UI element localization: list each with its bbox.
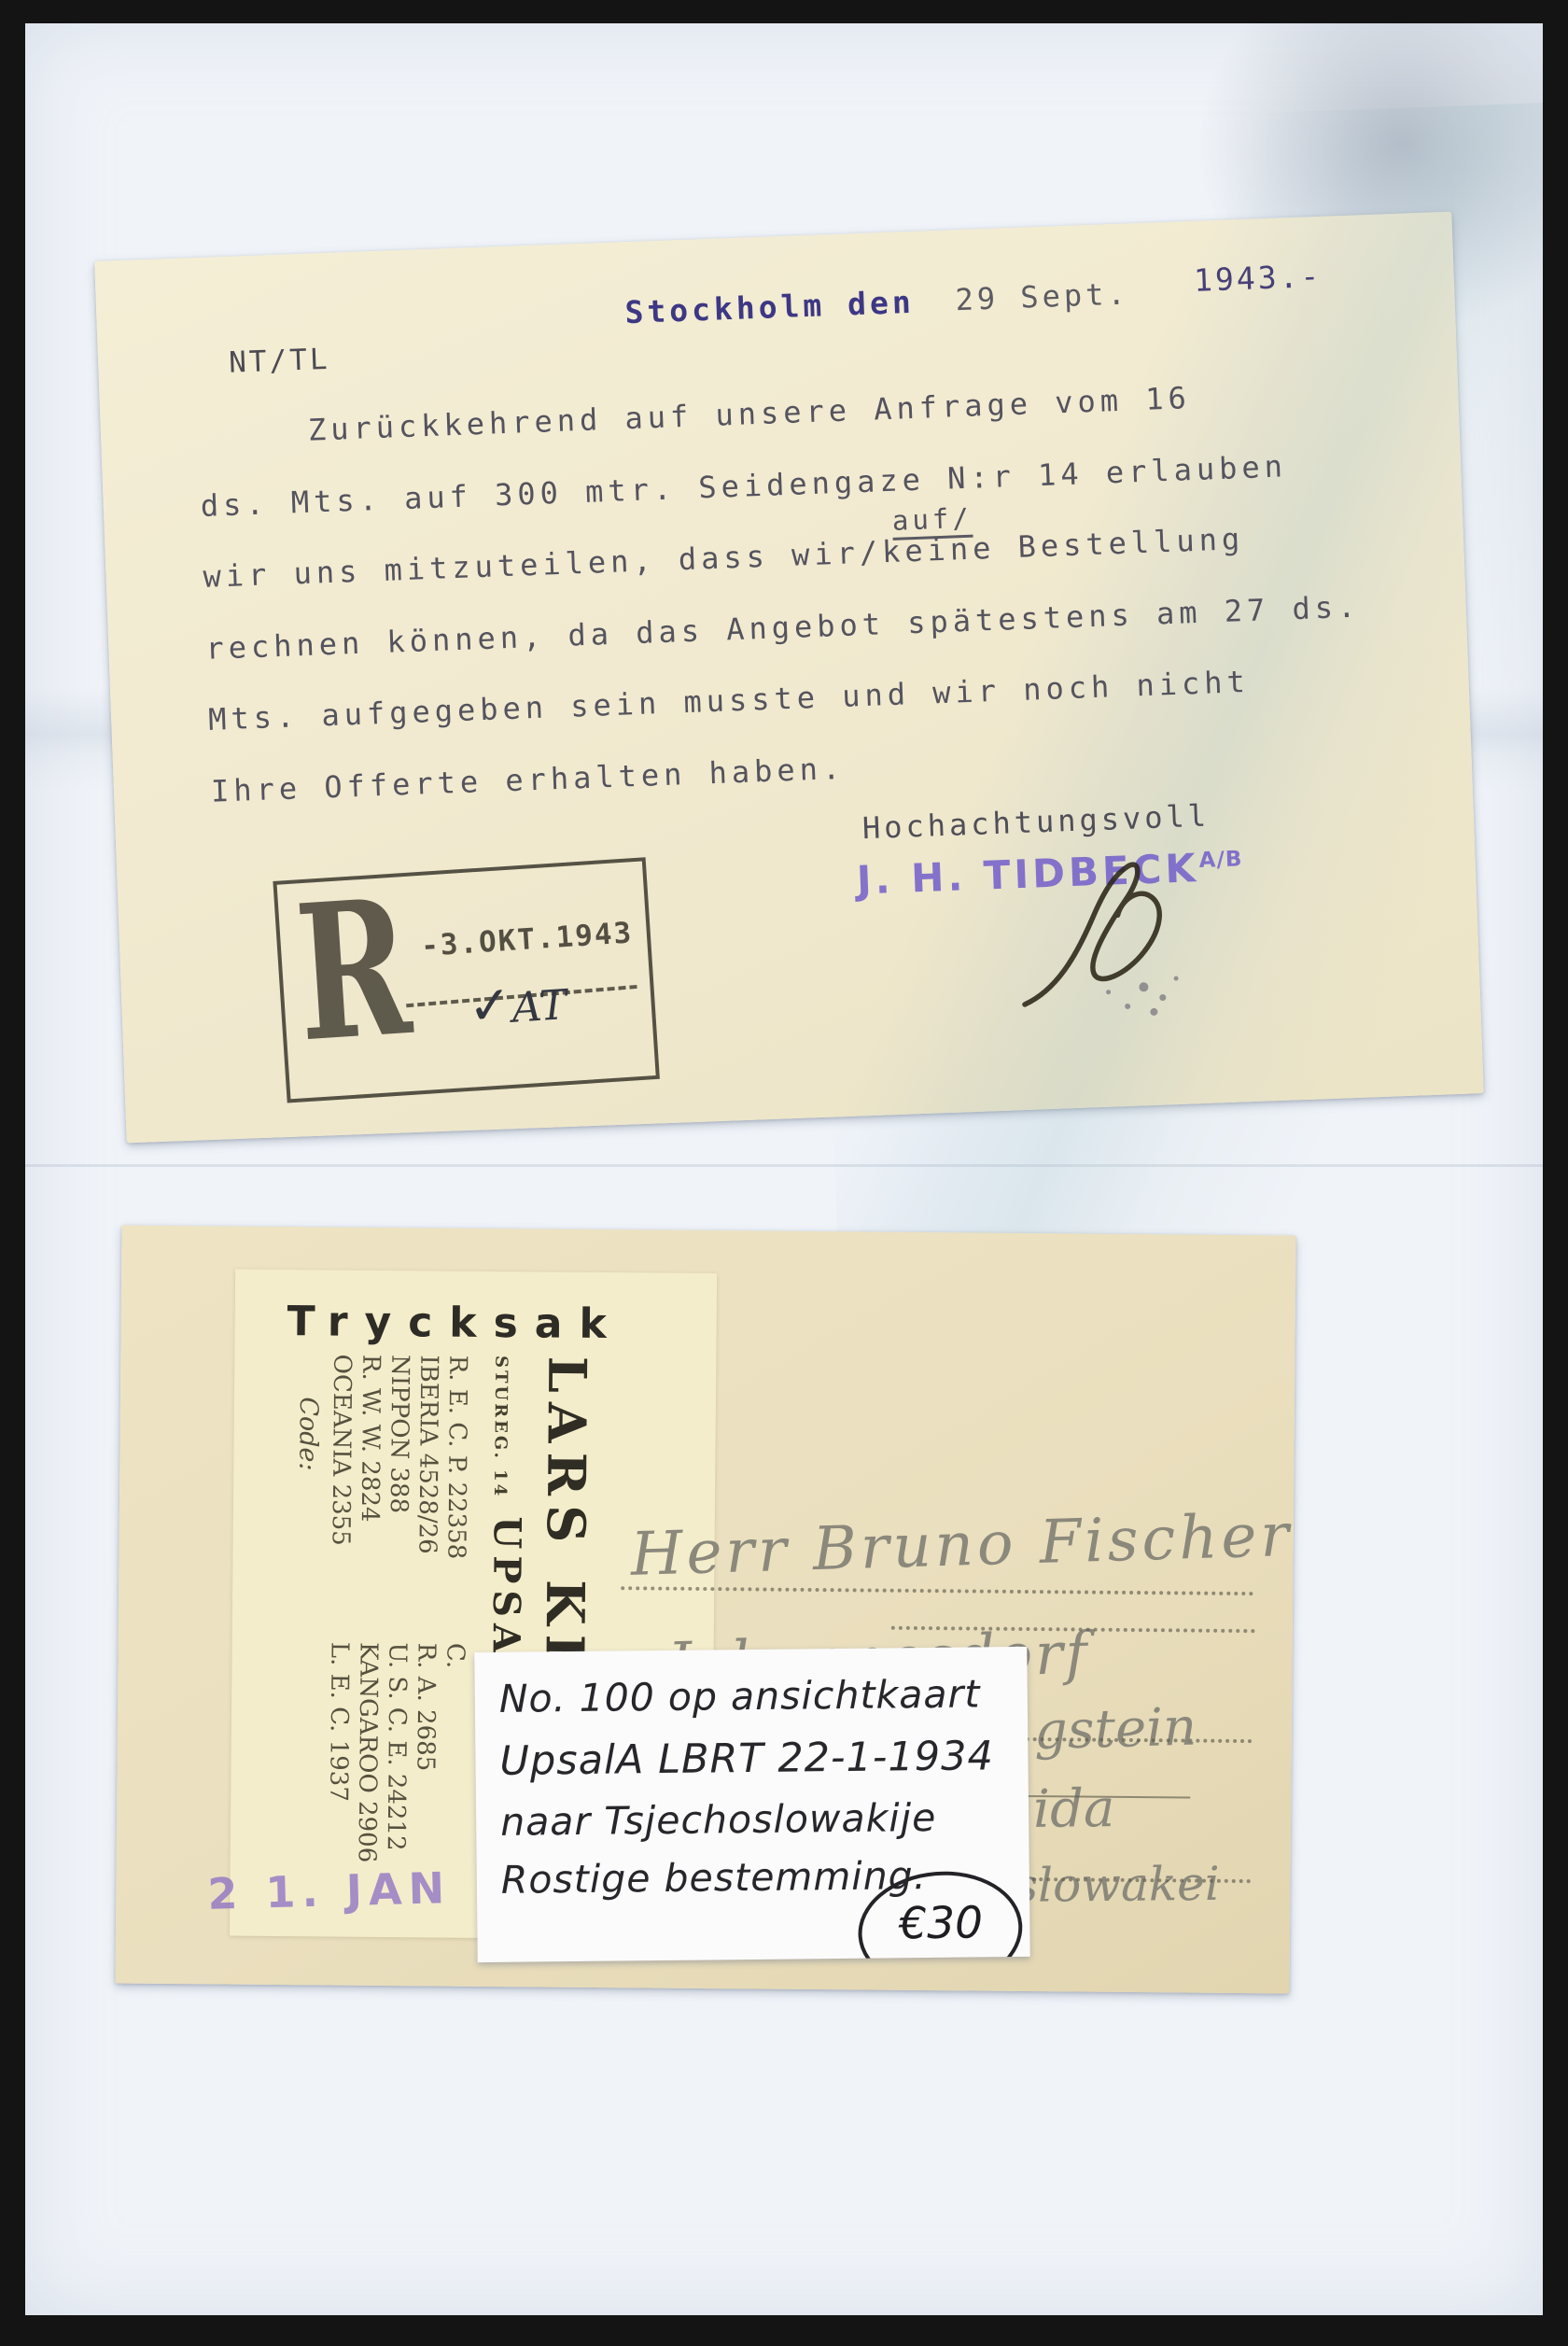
address-fragment: gstein [1033, 1697, 1197, 1763]
dateline-date: 29 Sept. [955, 275, 1129, 317]
letter-reference: NT/TL [229, 343, 331, 380]
telegraph-code-line: OCEANIA 2355 L. E. C. 1937 [322, 1354, 357, 1953]
check-mark-icon: ✓ [466, 975, 513, 1038]
dateline-year: 1943.- [1193, 258, 1323, 299]
code-left: NIPPON 388 [383, 1355, 414, 1635]
album-page-photo: NT/TL Stockholm den 29 Sept. 1943.- Zurü… [0, 0, 1568, 2346]
registration-letter-r: R [291, 865, 416, 1077]
trycksak-header: Trycksak [287, 1298, 623, 1348]
letter-body-line: wir uns mitzuteilen, dass wir/keine Best… [203, 521, 1245, 595]
note-line: Rostige bestemming. [501, 1853, 927, 1903]
arrival-date-stamp: 2 1. JAN [207, 1862, 452, 1919]
letter-body-line: Mts. aufgegeben sein musste und wir noch… [208, 664, 1251, 738]
address-fragment: slowakei [1014, 1857, 1220, 1913]
code-left: R. E. C. P. 22358 [441, 1356, 472, 1636]
sleeve-edge-line [25, 1164, 1543, 1167]
letter-body-line: Ihre Offerte erhalten haben. [210, 751, 845, 809]
price-value: €30 [899, 1897, 983, 1949]
letter-body-line: rechnen können, da das Angebot spätesten… [205, 589, 1361, 667]
recipient-name: Herr Bruno Fischer [630, 1501, 1294, 1590]
code-left: OCEANIA 2355 [325, 1354, 357, 1634]
code-right: L. E. C. 1937 [324, 1642, 353, 1802]
registration-initials: AT [511, 981, 568, 1033]
code-left: R. W. W. 2824 [354, 1355, 385, 1635]
note-line: No. 100 op ansichtkaart [499, 1671, 981, 1721]
registration-annotation: ✓AT [466, 971, 568, 1038]
photo-background: NT/TL Stockholm den 29 Sept. 1943.- Zurü… [25, 23, 1543, 2315]
registration-stamp-box: R -3.OKT.1943 ✓AT [273, 857, 660, 1103]
letter-card: NT/TL Stockholm den 29 Sept. 1943.- Zurü… [94, 212, 1484, 1144]
address-fragment: ida [1033, 1778, 1115, 1840]
code-right: KANGAROO 2906 [353, 1642, 383, 1862]
note-line: naar Tsjechoslowakije [500, 1795, 937, 1845]
company-stamp-suffix: A/B [1198, 847, 1243, 873]
code-right: C. [441, 1643, 469, 1668]
code-right: U. S. C. E. 24212 [382, 1642, 412, 1850]
note-line: UpsalA LBRT 22-1-1934 [499, 1733, 994, 1785]
letterhead-street: STUREG. 14 [490, 1356, 511, 1498]
code-left: IBERIA 4528/26 [412, 1355, 443, 1635]
signature-scribble-icon [999, 837, 1211, 1035]
dealer-note-card: No. 100 op ansichtkaart UpsalA LBRT 22-1… [474, 1647, 1029, 1962]
code-right: R. A. 2685 [411, 1643, 440, 1772]
dateline-place: Stockholm den [624, 284, 916, 330]
letter-body-line: Zurückkehrend auf unsere Anfrage vom 16 [307, 380, 1191, 448]
address-dotted-rule [621, 1586, 1253, 1595]
registration-date: -3.OKT.1943 [420, 916, 634, 963]
letter-dateline: Stockholm den 29 Sept. 1943.- [624, 269, 1323, 330]
letter-body-line: ds. Mts. auf 300 mtr. Seidengaze N:r 14 … [200, 448, 1287, 524]
